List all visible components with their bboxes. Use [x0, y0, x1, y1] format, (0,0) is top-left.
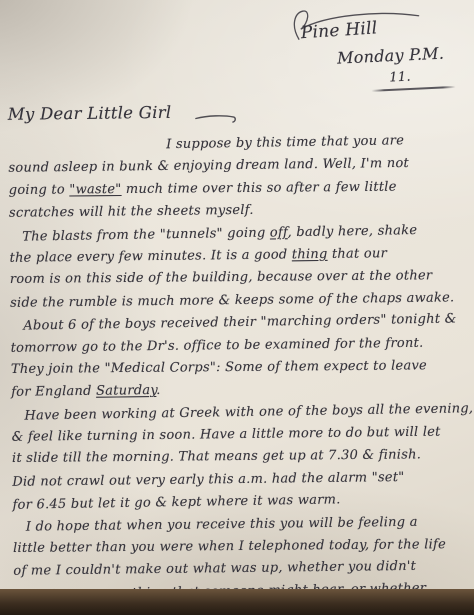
letter-line: little better than you were when I telep…	[13, 537, 474, 563]
salutation-dash	[194, 112, 238, 127]
letter-line: They join the "Medical Corps": Some of t…	[11, 358, 474, 384]
letter-body: I suppose by this time that you aresound…	[8, 133, 474, 609]
letter-sheet: Pine Hill Monday P.M. 11. My Dear Little…	[0, 0, 474, 601]
salutation: My Dear Little Girl	[8, 103, 172, 124]
letter-line: room is on this side of the building, be…	[10, 268, 474, 294]
table-surface	[0, 589, 474, 615]
letter-line: going to "waste" much time over this so …	[9, 179, 474, 205]
letter-line: it slide till the morning. That means ge…	[12, 447, 474, 473]
heading-day: Monday P.M.	[337, 44, 445, 68]
letter-photo: Pine Hill Monday P.M. 11. My Dear Little…	[0, 0, 474, 615]
heading-page-number: 11.	[389, 70, 411, 86]
heading-underline	[372, 86, 456, 92]
